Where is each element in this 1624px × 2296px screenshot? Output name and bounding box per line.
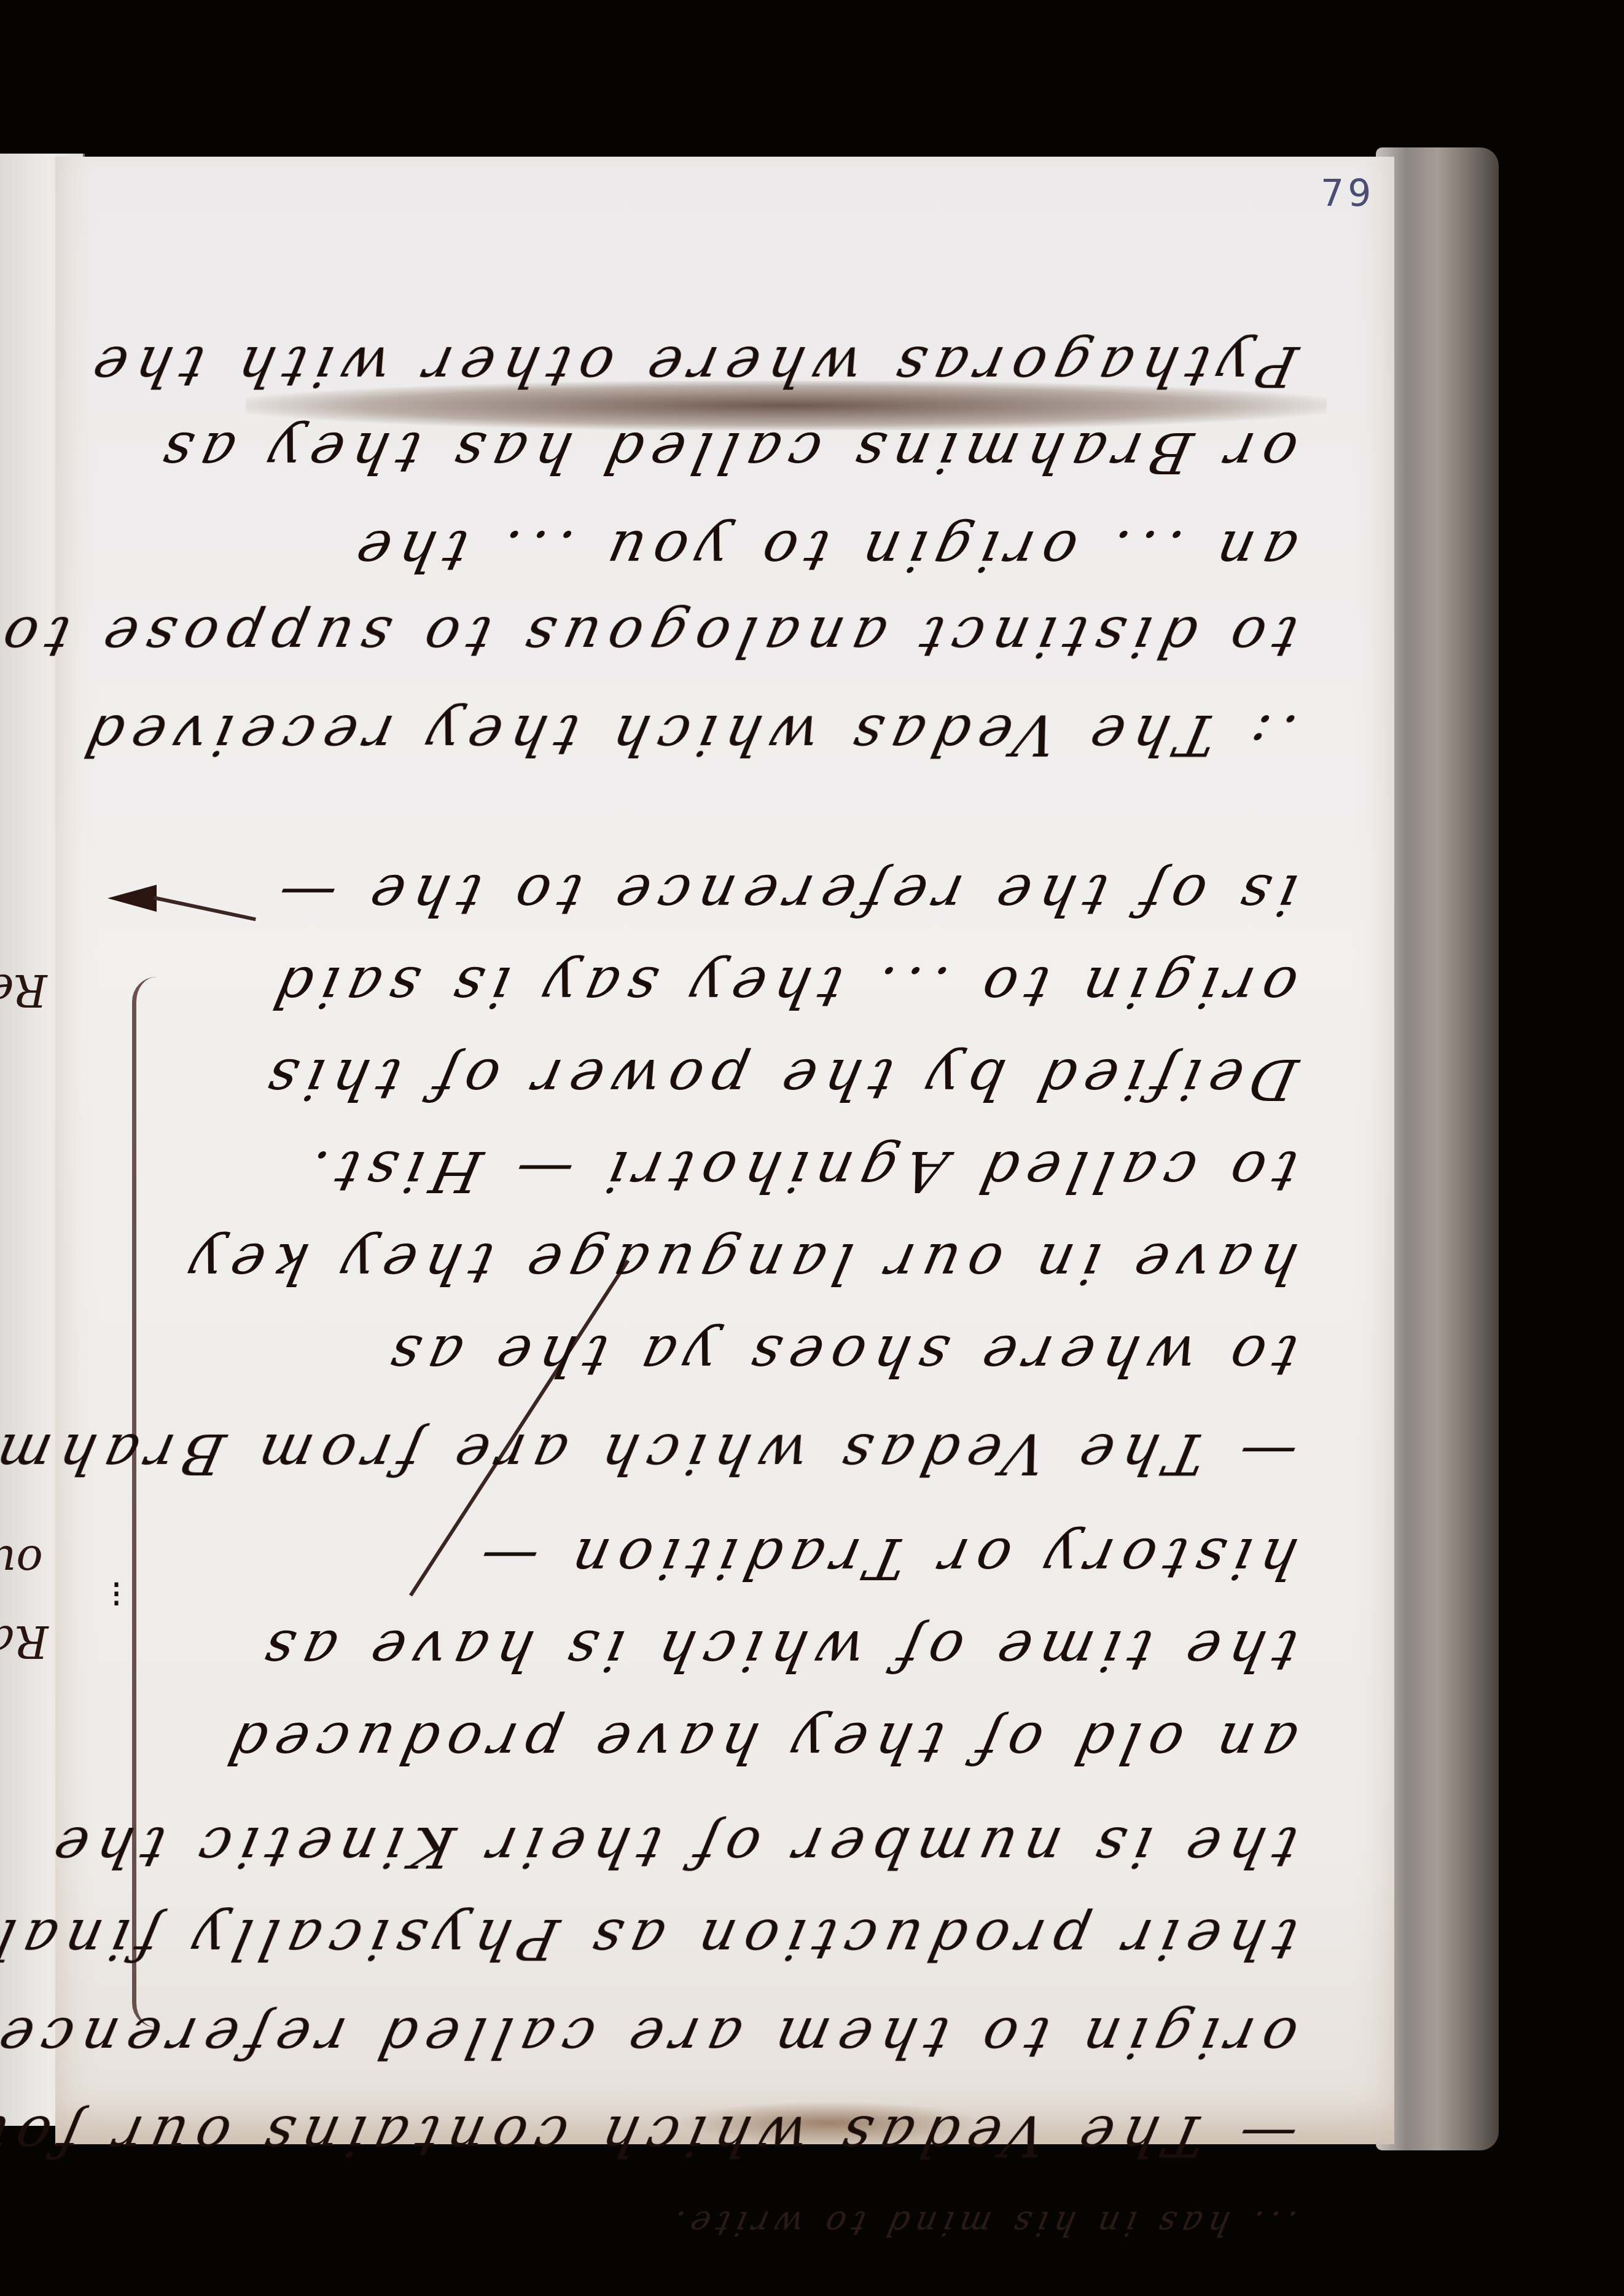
text-line: origin to them are called reference xyxy=(184,2005,1303,2071)
text-line: their production as Physically final xyxy=(184,1906,1303,1972)
text-line: an ... origin to you ... the xyxy=(184,518,1303,584)
text-line: origin to ... they say is said xyxy=(184,954,1303,1020)
text-line: Pythagoras where other with the xyxy=(184,334,1303,399)
vellum-cover-edge xyxy=(1376,147,1499,2150)
text-line: to distinct analogous to suppose to xyxy=(184,604,1303,670)
text-line: .: The Vedas which they received xyxy=(184,702,1303,768)
text-line: is of the reference to the — xyxy=(184,862,1303,928)
text-line: to where shoes ya the as xyxy=(184,1323,1303,1389)
page-number: 79 xyxy=(1321,172,1375,215)
text-line: history or Tradition — xyxy=(184,1526,1303,1591)
left-page-fragment: Re xyxy=(0,965,47,1016)
text-line: the is number of their Kinetic the xyxy=(184,1814,1303,1880)
text-line: to called Agnihotri — Hist. xyxy=(184,1138,1303,1204)
text-line: the time of which is have as xyxy=(184,1618,1303,1683)
text-line: Deified by the power of this xyxy=(184,1046,1303,1112)
left-page-fragment: ou xyxy=(0,1536,43,1588)
text-line: — The Vedas which are from Brahmin xyxy=(184,1421,1303,1487)
footer-note: ... has in his mind to write. xyxy=(186,2204,1300,2243)
left-page-fragment: Ra xyxy=(0,1616,49,1667)
text-line: an old of they have produced xyxy=(184,1710,1303,1776)
arrow-left-icon xyxy=(107,885,157,912)
text-line: — The Vedas which contains our four xyxy=(184,2103,1303,2169)
text-line: or Brahmins called has they as xyxy=(184,420,1303,485)
text-line: have in our language they key xyxy=(184,1231,1303,1296)
margin-dots: ⁝ xyxy=(111,1573,122,1616)
handwritten-text-block: — The Vedas which contains our four ... … xyxy=(190,184,1296,2169)
